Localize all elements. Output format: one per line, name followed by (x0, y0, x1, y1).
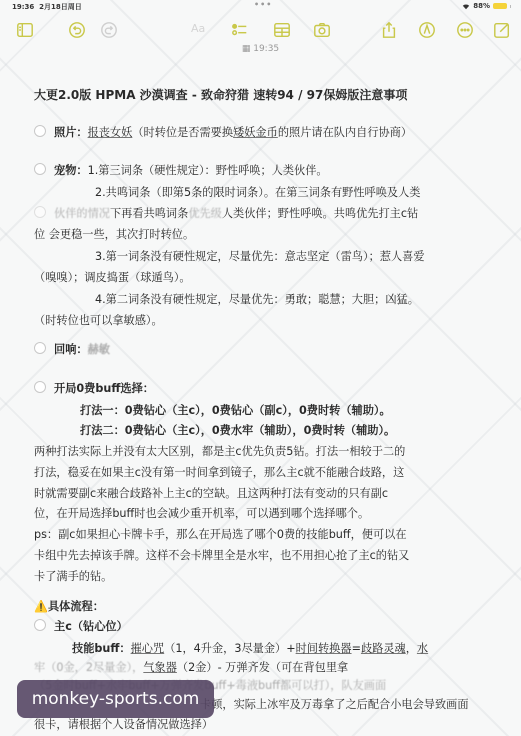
main-c-item: 主c（钻心位） (34, 618, 128, 634)
buff-ps-2: 卡组中先去掉该手牌。这样不会卡牌里全是水牢，也不用担心抢了主c的钻又 (34, 547, 409, 563)
link-time-turner[interactable]: 时间转换器 (296, 642, 352, 655)
photo-link-coin[interactable]: 矮妖金币 (233, 126, 278, 139)
checklist-circle[interactable] (34, 342, 46, 354)
buff-para-1: 两种打法实际上并没有太大区别，都是主c优先负责5钻。打法一相较于二的 (34, 443, 405, 459)
battery-icon (493, 3, 507, 9)
checklist-circle[interactable] (34, 619, 46, 631)
compose-icon[interactable] (492, 20, 512, 40)
pet-line-2: 2.共鸣词条（即第5条的限时词条）。在第三词条有野性呼唤及人类 (95, 184, 420, 200)
skill-line-2: 牢（0金，2尽量金），气象器（2金）- 万弹齐发（可在背包里拿 (34, 659, 348, 675)
buff-ps-1: ps：副c如果担心卡牌卡手，那么在开局选了哪个0费的技能buff，便可以在 (34, 526, 407, 542)
pet-line-5: 3.第一词条没有硬性规定，尽量优先：意志坚定（雷鸟）；惹人喜爱 (95, 248, 425, 264)
note-title: 大更2.0版 HPMA 沙漠调查 - 致命狩猎 速转94 / 97保姆版注意事项 (34, 86, 407, 103)
status-right: 88% (462, 2, 511, 10)
echo-item: 回响：赫敏 (34, 341, 110, 357)
multitask-dots[interactable]: ••• (254, 0, 272, 9)
battery-tip (510, 5, 511, 8)
link-weather[interactable]: 气象器 (143, 661, 177, 674)
photo-item: 照片：报丧女妖（时转位是否需要换矮妖金币的照片请在队内自行协商） (34, 124, 412, 140)
note-date: ▦ 19:35 (0, 44, 521, 54)
markup-icon[interactable] (417, 20, 437, 40)
battery-percent: 88% (473, 2, 490, 10)
pet-line-3: 伙伴的情况下再看共鸣词条优先级人类伙伴；野性呼唤。共鸣优先打主c钻 (34, 205, 418, 221)
checklist-circle[interactable] (34, 125, 46, 137)
photo-link-banshee[interactable]: 报丧女妖 (88, 126, 133, 139)
link-curse[interactable]: 摧心咒 (131, 642, 165, 655)
table-icon[interactable] (272, 20, 292, 40)
pet-line-7: 4.第二词条没有硬性规定，尽量优先：勇敢；聪慧；大胆；凶猛。 (95, 291, 419, 307)
warning-icon: ⚠️ (34, 600, 48, 613)
buff-play-1: 打法一：0费钻心（主c），0费钻心（副c），0费时转（辅助）。 (80, 402, 391, 418)
checklist-circle[interactable] (34, 163, 46, 175)
undo-icon[interactable] (67, 20, 87, 40)
notes-toolbar: Aa (0, 16, 521, 46)
skill-buff-line: 技能buff：摧心咒（1，4升金，3尽量金）+时间转换器=歧路灵魂，水 (72, 640, 428, 656)
skill-line-4: 卡顿，实际上冰牢及万毒拿了之后配合小电会导致画面 (200, 696, 469, 712)
buff-para-2: 打法，稳妥在如果主c没有第一时间拿到镜子，那么主c就不能融合歧路，这 (34, 464, 404, 480)
buff-play-2: 打法二：0费钻心（主c），0费水牢（辅助），0费时转（辅助）。 (80, 422, 395, 438)
redo-icon[interactable] (99, 20, 119, 40)
checklist-icon[interactable] (230, 20, 250, 40)
pet-line-8: （时转位也可以拿敏感）。 (34, 312, 163, 328)
link-soul[interactable]: 歧路灵魂 (361, 642, 406, 655)
site-watermark: monkey-sports.com (17, 680, 214, 718)
buff-item: 开局0费buff选择： (34, 380, 154, 396)
pet-line-6: （嗅嗅）；调皮捣蛋（球遁鸟）。 (34, 269, 191, 285)
wifi-icon (462, 3, 470, 10)
process-heading: ⚠️具体流程： (34, 598, 104, 614)
checklist-circle[interactable] (34, 381, 46, 393)
more-icon[interactable] (455, 20, 475, 40)
text-format-button[interactable]: Aa (191, 22, 205, 35)
sidebar-icon[interactable] (15, 20, 35, 40)
pet-line-4: 位 会更稳一些，其次打时转位。 (34, 226, 194, 242)
buff-para-4: 位，在开局选择buff时也会减少重开机率，可以遇到哪个选择哪个。 (34, 505, 369, 521)
status-time: 19:36 2月18日周日 (12, 2, 82, 12)
buff-ps-3: 卡了满手的钻。 (34, 568, 112, 584)
share-icon[interactable] (379, 20, 399, 40)
checklist-circle[interactable] (34, 206, 46, 218)
buff-para-3: 时就需要副c来融合歧路补上主c的空缺。且这两种打法有变动的只有副c (34, 485, 388, 501)
status-bar: 19:36 2月18日周日 ••• 88% (0, 0, 521, 14)
skill-line-5: 很卡，请根据个人设备情况做选择） (34, 716, 213, 732)
pet-item: 宠物：1.第三词条（硬性规定）：野性呼唤；人类伙伴。 (34, 162, 328, 178)
camera-icon[interactable] (312, 20, 332, 40)
link-water[interactable]: 水 (417, 642, 428, 655)
lock-icon: ▦ (242, 44, 251, 54)
